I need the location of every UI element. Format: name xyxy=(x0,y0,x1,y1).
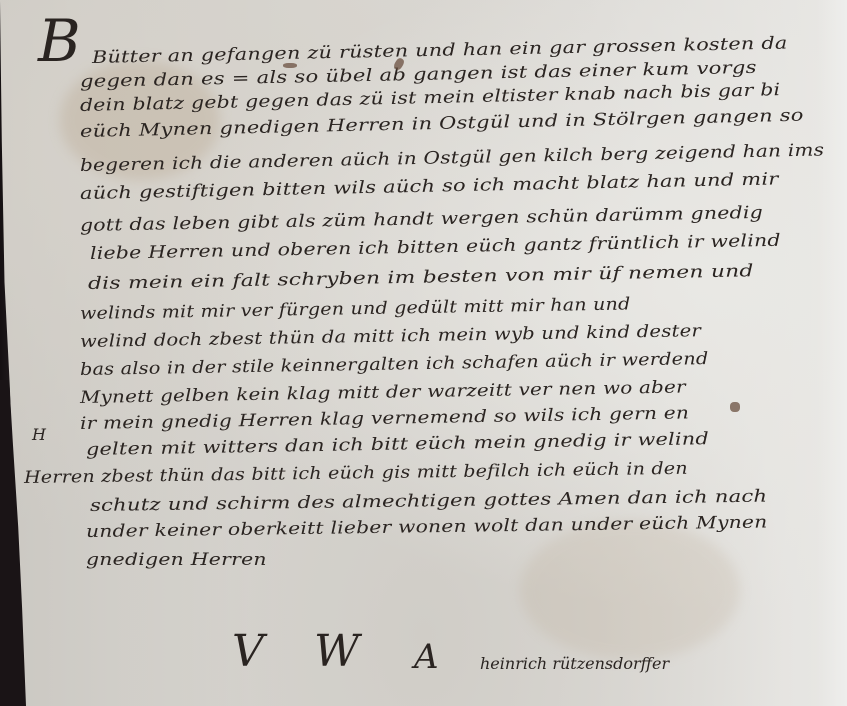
text-line: aüch gestiftigen bitten wils aüch so ich… xyxy=(80,169,779,204)
paper-stain xyxy=(520,520,740,660)
signature-name: heinrich rützensdorffer xyxy=(480,654,669,673)
text-line: gelten mit witters dan ich bitt eüch mei… xyxy=(86,429,709,460)
text-line: Herren zbest thün das bitt ich eüch gis … xyxy=(24,459,688,488)
text-line: dis mein ein falt schryben im besten von… xyxy=(88,261,754,294)
text-line: welinds mit mir ver fürgen und gedült mi… xyxy=(80,294,631,324)
text-line: welind doch zbest thün da mitt ich mein … xyxy=(80,321,701,352)
signature-monogram: V xyxy=(232,630,264,674)
text-line: gott das leben gibt als züm handt wergen… xyxy=(80,203,763,236)
ink-blot xyxy=(283,63,297,68)
margin-note: H xyxy=(32,425,46,444)
signature-monogram: W xyxy=(314,630,359,674)
decorated-initial: B xyxy=(38,12,81,70)
page-right-highlight xyxy=(817,0,847,706)
signature-monogram: A xyxy=(414,640,439,674)
document-page: B Bütter an gefangen zü rüsten und han e… xyxy=(0,0,847,706)
text-line: schutz und schirm des almechtigen gottes… xyxy=(90,487,768,516)
text-line: bas also in der stile keinnergalten ich … xyxy=(80,349,709,380)
ink-blot xyxy=(730,402,740,412)
page-edge-shadow xyxy=(0,380,26,706)
text-line: Mynett gelben kein klag mitt der warzeit… xyxy=(80,377,686,408)
text-line: liebe Herren und oberen ich bitten eüch … xyxy=(90,231,781,264)
text-line: ir mein gnedig Herren klag vernemend so … xyxy=(80,403,689,434)
text-line: gnedigen Herren xyxy=(86,550,267,570)
